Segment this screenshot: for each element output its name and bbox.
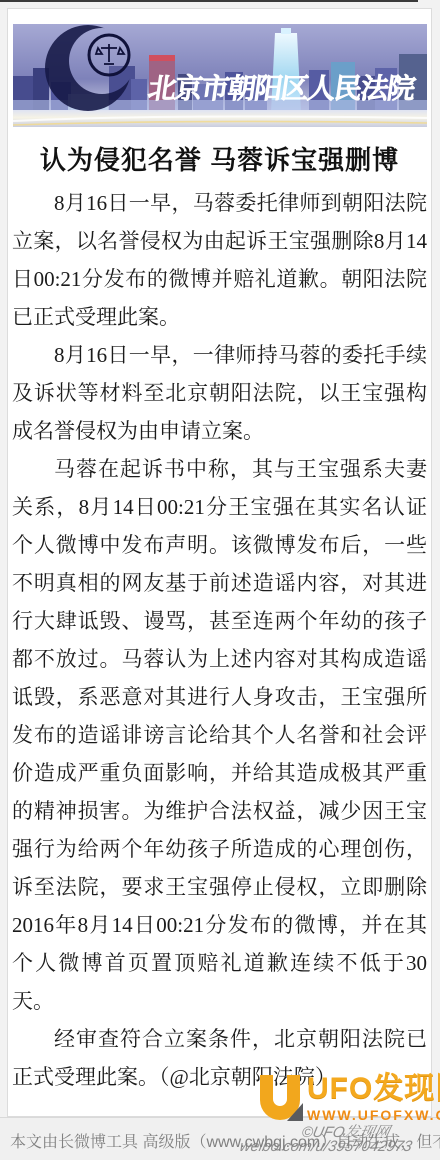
court-banner-image: 北京市朝阳区人民法院	[13, 24, 427, 127]
article-title: 认为侵犯名誉 马蓉诉宝强删博	[14, 140, 425, 177]
banner-court-name: 北京市朝阳区人民法院	[146, 72, 419, 105]
site-watermark-url: WWW.UFOFXW.COM	[307, 1107, 440, 1123]
article-card: 北京市朝阳区人民法院 认为侵犯名誉 马蓉诉宝强删博 8月16日一早，马蓉委托律师…	[7, 8, 432, 1117]
article-paragraph: 8月16日一早，一律师持马蓉的委托手续及诉状等材料至北京朝阳法院，以王宝强构成名…	[12, 336, 427, 450]
article-body: 8月16日一早，马蓉委托律师到朝阳法院立案，以名誉侵权为由起诉王宝强删除8月14…	[8, 181, 431, 1096]
road-light-trails	[13, 110, 427, 127]
ufo-u-logo-icon	[257, 1073, 303, 1123]
weibo-watermark-url: weibo.com/u/3957042973	[238, 1138, 413, 1155]
site-watermark: UFO发现网 WWW.UFOFXW.COM	[257, 1073, 440, 1123]
site-watermark-name: UFO发现网	[307, 1073, 440, 1105]
article-paragraph: 8月16日一早，马蓉委托律师到朝阳法院立案，以名誉侵权为由起诉王宝强删除8月14…	[12, 184, 427, 336]
court-crescent-emblem-icon	[45, 25, 131, 111]
page: { "page": { "background": "#f2f2f2", "ca…	[0, 0, 440, 1160]
article-paragraph: 马蓉在起诉书中称，其与王宝强系夫妻关系，8月14日00:21分王宝强在其实名认证…	[12, 450, 427, 1020]
top-divider	[0, 0, 418, 2]
